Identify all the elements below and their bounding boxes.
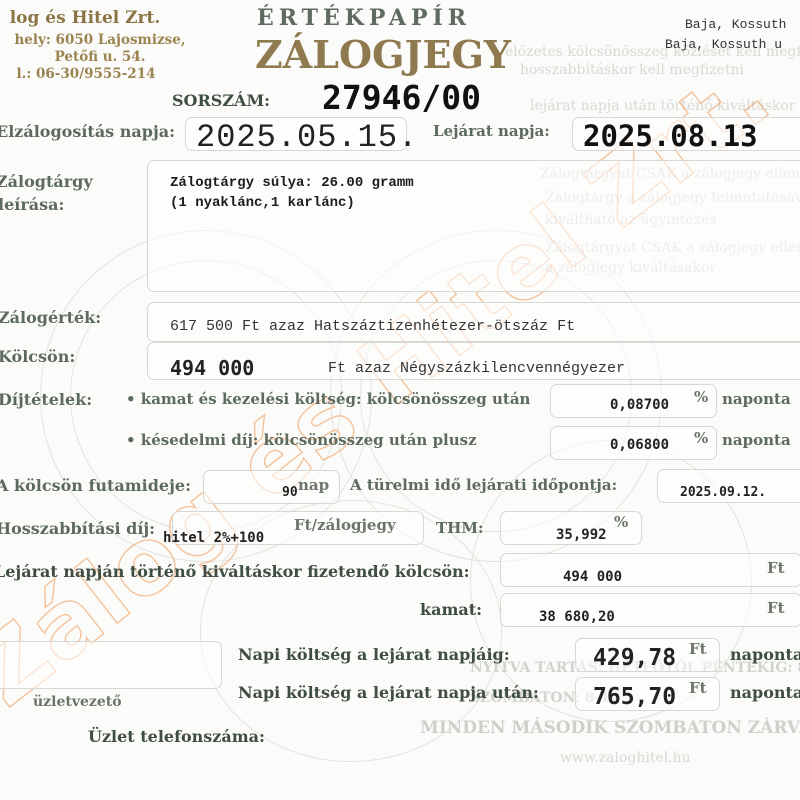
pledge-date-value: 2025.05.15.	[196, 119, 418, 156]
thm-label: THM:	[436, 519, 483, 537]
interest-fee-label: • kamat és kezelési költség: kölcsönössz…	[126, 390, 530, 408]
late-fee-percent: %	[694, 429, 708, 447]
term-unit: nap	[298, 476, 329, 494]
serial-label: SORSZÁM:	[172, 91, 270, 110]
late-fee-per-day: naponta	[722, 431, 791, 449]
document-supertitle: ÉRTÉKPAPÍR	[257, 5, 471, 31]
extension-fee-label: Hosszabbítási díj:	[0, 519, 155, 538]
item-label-line1: Zálogtárgy	[0, 172, 93, 191]
grace-period-label: A türelmi idő lejárati időpontja:	[350, 476, 617, 494]
branch-address-line1: Baja, Kossuth	[685, 17, 786, 32]
thm-unit: %	[614, 513, 628, 531]
daily-cost-after-currency: Ft	[689, 679, 707, 697]
payoff-interest-label: kamat:	[420, 600, 482, 619]
extension-fee-value: hitel 2%+100	[163, 530, 264, 546]
payoff-loan-currency: Ft	[767, 559, 785, 577]
late-fee-value: 0,06800	[610, 437, 669, 453]
item-description-line1: Zálogtárgy súlya: 26.00 gramm	[170, 175, 414, 191]
valuation-label: Zálogérték:	[0, 308, 101, 327]
grace-period-value: 2025.09.12.	[680, 485, 766, 500]
valuation-value: 617 500 Ft azaz Hatszáztizenhétezer-ötsz…	[170, 318, 575, 335]
payoff-loan-value: 494 000	[563, 569, 622, 585]
payoff-loan-box	[500, 553, 800, 587]
daily-cost-after-value: 765,70	[593, 684, 676, 710]
signature-box	[0, 641, 222, 689]
manager-label: üzletvezető	[33, 694, 122, 710]
company-address-line2: Petőfi u. 54.	[0, 49, 200, 65]
pledge-date-label: Elzálogosítás napja:	[0, 122, 175, 141]
loan-amount: 494 000	[170, 356, 254, 380]
company-header: log és Hitel Zrt. hely: 6050 Lajosmizse,…	[0, 8, 200, 82]
thm-value: 35,992	[556, 527, 607, 543]
extension-fee-unit: Ft/zálogjegy	[294, 516, 396, 534]
fees-label: Díjtételek:	[0, 390, 92, 409]
loan-label: Kölcsön:	[0, 347, 75, 366]
company-address-line1: hely: 6050 Lajosmizse,	[0, 32, 200, 48]
term-value: 90	[282, 485, 298, 500]
daily-cost-until-per-day: naponta	[730, 645, 800, 664]
serial-number: 27946/00	[322, 78, 481, 117]
daily-cost-until-currency: Ft	[689, 640, 707, 658]
payoff-interest-currency: Ft	[767, 599, 785, 617]
interest-fee-value: 0,08700	[610, 397, 669, 413]
interest-fee-percent: %	[694, 388, 708, 406]
shop-phone-label: Üzlet telefonszáma:	[88, 727, 265, 746]
daily-cost-until-value: 429,78	[593, 645, 676, 671]
term-label: A kölcsön futamideje:	[0, 476, 191, 495]
expiry-date-label: Lejárat napja:	[433, 122, 550, 140]
company-phone: l.: 06-30/9555-214	[0, 66, 200, 82]
late-fee-label: • késedelmi díj: kölcsönösszeg után plus…	[126, 431, 477, 449]
item-description-line2: (1 nyaklánc,1 karlánc)	[170, 195, 355, 211]
loan-amount-words: Ft azaz Négyszázkilencvennégyezer	[328, 360, 625, 377]
daily-cost-until-label: Napi költség a lejárat napjáig:	[238, 645, 510, 664]
document-title: ZÁLOGJEGY	[255, 32, 511, 77]
daily-cost-after-label: Napi költség a lejárat napja után:	[238, 683, 539, 702]
daily-cost-after-per-day: naponta	[730, 683, 800, 702]
branch-address-line2: Baja, Kossuth u	[665, 37, 782, 52]
expiry-date-value: 2025.08.13	[583, 119, 758, 153]
item-label-line2: leírása:	[0, 195, 64, 214]
payoff-loan-label: Lejárat napján történő kiváltáskor fizet…	[0, 562, 470, 581]
interest-fee-per-day: naponta	[722, 390, 791, 408]
company-name: log és Hitel Zrt.	[0, 8, 200, 28]
payoff-interest-value: 38 680,20	[539, 609, 615, 625]
